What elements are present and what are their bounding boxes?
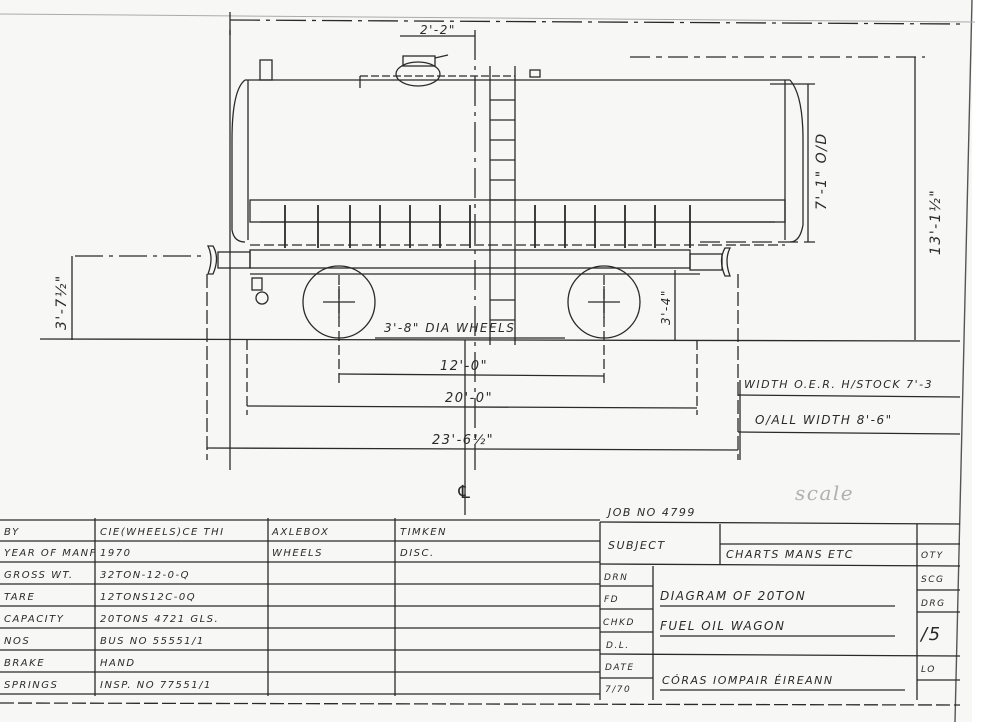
date-value: 7/70 — [605, 685, 631, 695]
overall-height-dim: 13'-1½" — [928, 189, 944, 255]
spec-row-value: 32TON-12-0-Q — [100, 570, 190, 581]
spec-row-label: GROSS WT. — [4, 570, 74, 581]
title-block-right-cell: DRG — [921, 599, 946, 609]
spec-row-label: CAPACITY — [4, 614, 64, 625]
drawn-initials: D.L. — [606, 641, 630, 651]
traced-label: FD — [604, 595, 619, 605]
spec-row-value: WHEELS — [272, 548, 323, 559]
spec-row-value: INSP. NO 77551/1 — [100, 680, 212, 691]
job-number: JOB NO 4799 — [606, 506, 696, 519]
manhole-offset-dim: 2'-2" — [420, 23, 456, 37]
title-block-right-cell: SCG — [921, 575, 944, 585]
engineering-drawing-sheet: ℄ 2'-2" 7'-1" O/D 13'-1½" 3'-7½" 3'-4" 3… — [0, 0, 1000, 722]
subject-label: SUBJECT — [608, 539, 666, 552]
subject-value: CHARTS MANS ETC — [726, 548, 854, 561]
spec-row-value: 20TONS 4721 GLS. — [100, 614, 219, 625]
drawing-title-line-2: FUEL OIL WAGON — [660, 619, 785, 633]
spec-row-value: TIMKEN — [400, 527, 447, 538]
company-name: CÓRAS IOMPAIR ÉIREANN — [662, 674, 834, 687]
handwritten-scale-note: scale — [795, 481, 854, 505]
wheel-height-dim: 3'-4" — [659, 289, 673, 325]
wheelbase-dim: 12'-0" — [440, 359, 488, 374]
wagon-drawing: ℄ 2'-2" 7'-1" O/D 13'-1½" 3'-7½" 3'-4" 3… — [0, 0, 1000, 722]
overall-width: O/ALL WIDTH 8'-6" — [755, 413, 893, 427]
title-block-right-cell: /5 — [919, 624, 942, 645]
date-label: DATE — [605, 663, 635, 673]
title-block-right-cell: OTY — [921, 551, 944, 561]
drawn-label: DRN — [604, 573, 628, 583]
checked-label: CHKD — [603, 618, 635, 628]
spec-row-value: BUS NO 55551/1 — [100, 636, 205, 647]
spec-row-label: BY — [4, 527, 20, 538]
spec-row-value: 1970 — [100, 548, 131, 559]
buffer-height-dim: 3'-7½" — [54, 274, 70, 330]
length-over-buffers-dim: 23'-6½" — [432, 433, 494, 448]
spec-row-label: TARE — [4, 592, 35, 603]
spec-row-value: AXLEBOX — [271, 527, 329, 538]
drawing-title-line-1: DIAGRAM OF 20TON — [660, 589, 806, 603]
wheel-diameter-label: 3'-8" DIA WHEELS — [384, 321, 515, 335]
spec-row-label: SPRINGS — [4, 680, 58, 691]
spec-row-value: DISC. — [400, 548, 435, 559]
width-over-handstock: WIDTH O.E.R. H/STOCK 7'-3 — [744, 378, 933, 391]
underframe-length-dim: 20'-0" — [445, 391, 493, 406]
spec-row-label: NOS — [4, 636, 30, 647]
centerline-symbol: ℄ — [456, 482, 474, 503]
spec-row-value: HAND — [100, 658, 136, 669]
spec-row-value: CIE(WHEELS)CE THI — [100, 527, 225, 538]
spec-row-value: 12TONS12C-0Q — [100, 592, 196, 603]
tank-diameter-dim: 7'-1" O/D — [814, 132, 830, 210]
spec-row-label: BRAKE — [4, 658, 45, 669]
spec-row-label: YEAR OF MANF — [4, 548, 97, 559]
title-block-right-cell: LO — [921, 665, 936, 675]
